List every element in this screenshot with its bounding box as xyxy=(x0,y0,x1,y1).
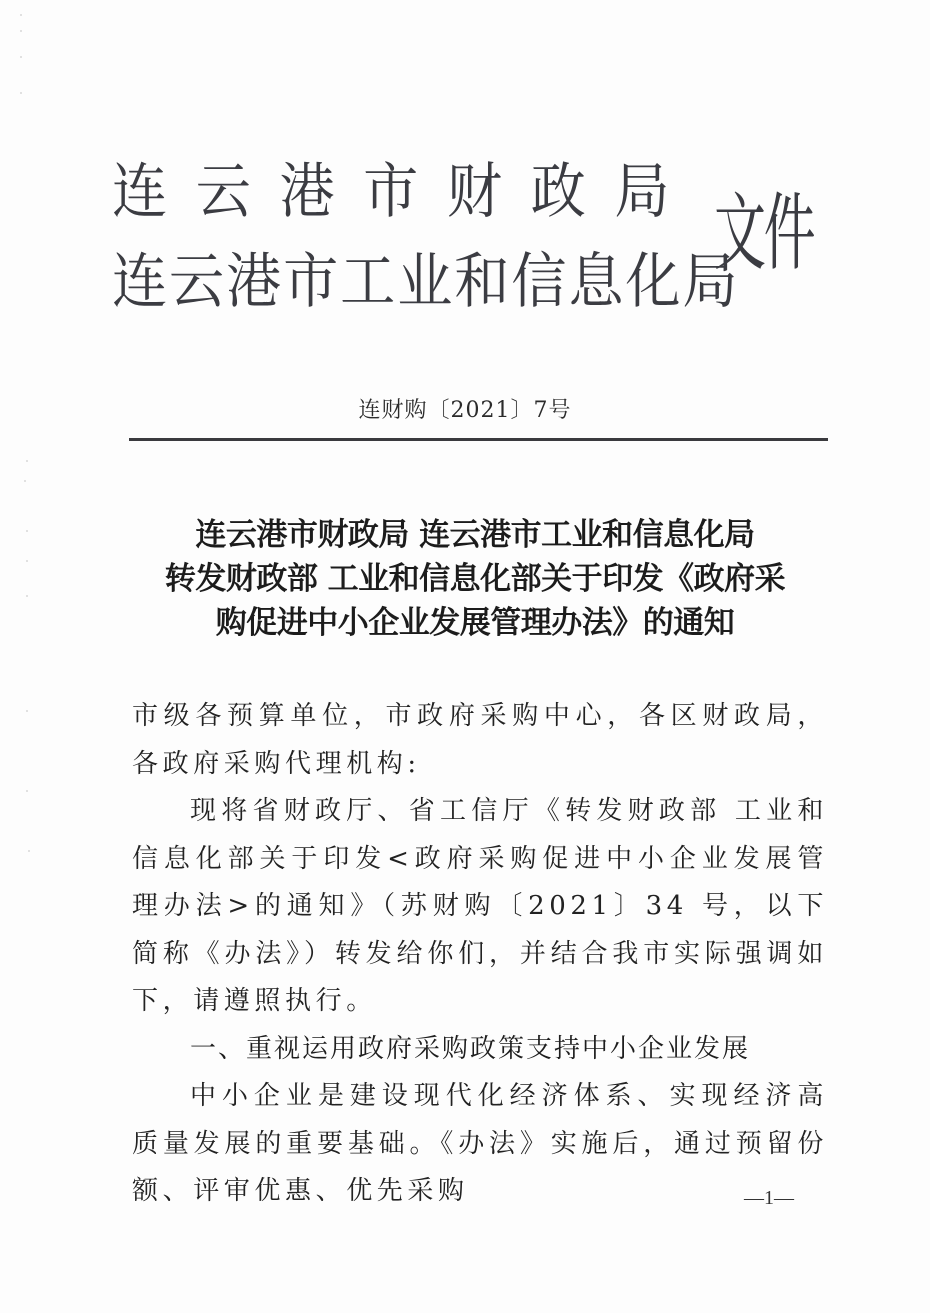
scan-speck xyxy=(26,790,28,792)
masthead-issuer-industry: 连云港市工业和信息化局 xyxy=(112,250,739,314)
title-line: 购促进中小企业发展管理办法》的通知 xyxy=(110,601,840,645)
scan-speck xyxy=(20,56,22,58)
masthead: 连云港市财政局 连云港市工业和信息化局 文件 xyxy=(112,150,832,330)
scan-speck xyxy=(26,460,28,462)
scan-speck xyxy=(20,30,22,32)
document-title: 连云港市财政局 连云港市工业和信息化局 转发财政部 工业和信息化部关于印发《政府… xyxy=(110,513,840,645)
scan-speck xyxy=(28,850,30,852)
scan-speck xyxy=(24,480,26,482)
document-number: 连财购〔2021〕7号 xyxy=(0,394,930,428)
section-heading: 一、重视运用政府采购政策支持中小企业发展 xyxy=(132,1026,828,1074)
masthead-separator-line xyxy=(129,438,828,441)
scan-speck xyxy=(26,530,28,532)
document-body: 市级各预算单位，市政府采购中心，各区财政局，各政府采购代理机构: 现将省财政厅、… xyxy=(132,693,828,1216)
scan-speck xyxy=(26,560,28,562)
masthead-issuer-finance: 连云港市财政局 xyxy=(112,160,698,224)
paragraph: 现将省财政厅、省工信厅《转发财政部 工业和信息化部关于印发<政府采购促进中小企业… xyxy=(132,788,828,1026)
scan-speck xyxy=(20,14,22,16)
masthead-document-label: 文件 xyxy=(714,185,813,281)
addressee: 市级各预算单位，市政府采购中心，各区财政局，各政府采购代理机构: xyxy=(132,693,828,788)
scan-speck xyxy=(26,710,28,712)
scan-speck xyxy=(20,92,22,94)
page-number: —1— xyxy=(744,1184,794,1212)
title-line: 转发财政部 工业和信息化部关于印发《政府采 xyxy=(110,557,840,601)
document-page: 连云港市财政局 连云港市工业和信息化局 文件 连财购〔2021〕7号 连云港市财… xyxy=(0,0,930,1313)
title-line: 连云港市财政局 连云港市工业和信息化局 xyxy=(110,513,840,557)
paragraph: 中小企业是建设现代化经济体系、实现经济高质量发展的重要基础。《办法》实施后，通过… xyxy=(132,1073,828,1216)
scan-speck xyxy=(26,595,28,597)
